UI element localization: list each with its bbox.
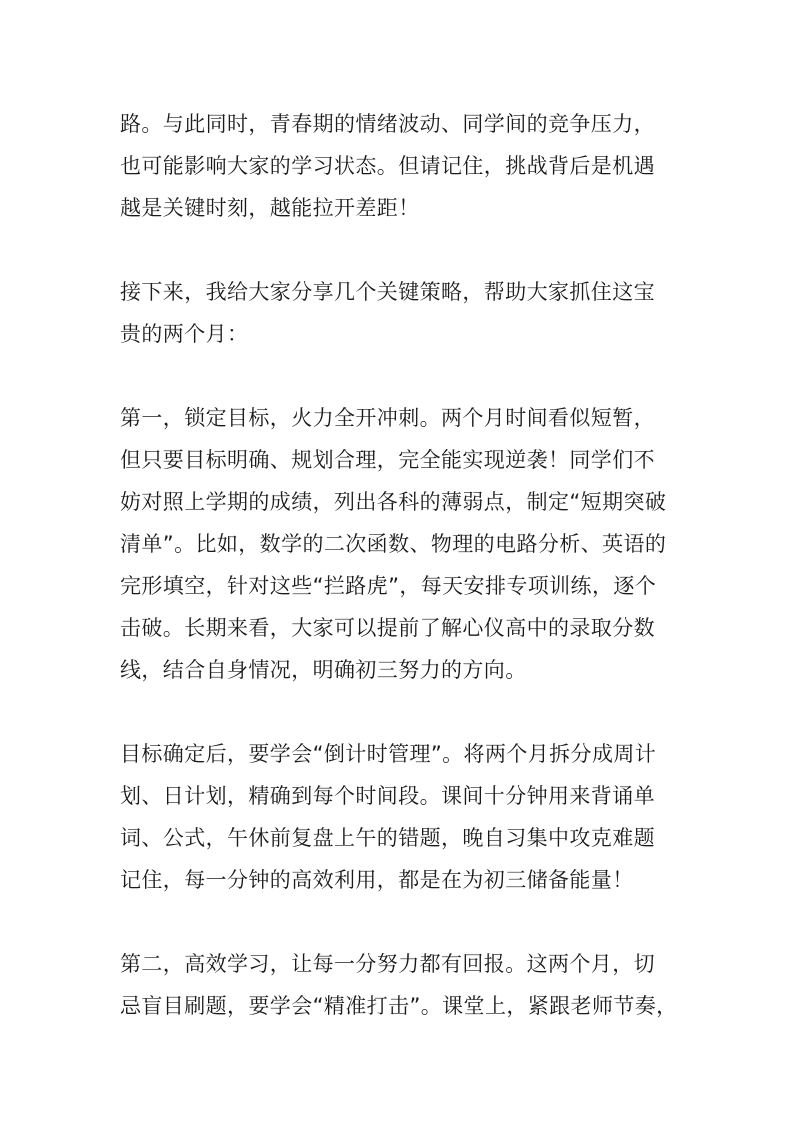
paragraph-strategy-two: 第二，高效学习，让每一分努力都有回报。这两个月，切 忌盲目刷题，要学会“精准打击… (120, 943, 680, 1027)
text-line: 第二，高效学习，让每一分努力都有回报。这两个月，切 (120, 943, 680, 985)
text-line: 越是关键时刻，越能拉开差距！ (120, 187, 680, 229)
text-line: 路。与此同时，青春期的情绪波动、同学间的竞争压力， (120, 103, 680, 145)
text-line: 词、公式，午休前复盘上午的错题，晚自习集中攻克难题 (120, 817, 680, 859)
text-line: 妨对照上学期的成绩，列出各科的薄弱点，制定“短期突破 (120, 481, 680, 523)
document-page: 路。与此同时，青春期的情绪波动、同学间的竞争压力， 也可能影响大家的学习状态。但… (120, 103, 680, 1069)
text-line: 也可能影响大家的学习状态。但请记住，挑战背后是机遇 (120, 145, 680, 187)
text-line: 击破。长期来看，大家可以提前了解心仪高中的录取分数 (120, 607, 680, 649)
text-line: 完形填空，针对这些“拦路虎”，每天安排专项训练，逐个 (120, 565, 680, 607)
text-line: 划、日计划，精确到每个时间段。课间十分钟用来背诵单 (120, 775, 680, 817)
paragraph-challenges: 路。与此同时，青春期的情绪波动、同学间的竞争压力， 也可能影响大家的学习状态。但… (120, 103, 680, 229)
text-line: 但只要目标明确、规划合理，完全能实现逆袭！同学们不 (120, 439, 680, 481)
paragraph-countdown-management: 目标确定后，要学会“倒计时管理”。将两个月拆分成周计 划、日计划，精确到每个时间… (120, 733, 680, 901)
paragraph-intro-strategies: 接下来，我给大家分享几个关键策略，帮助大家抓住这宝 贵的两个月： (120, 271, 680, 355)
text-line: 第一，锁定目标，火力全开冲刺。两个月时间看似短暂， (120, 397, 680, 439)
text-line: 目标确定后，要学会“倒计时管理”。将两个月拆分成周计 (120, 733, 680, 775)
paragraph-strategy-one: 第一，锁定目标，火力全开冲刺。两个月时间看似短暂， 但只要目标明确、规划合理，完… (120, 397, 680, 691)
text-line: 记住，每一分钟的高效利用，都是在为初三储备能量！ (120, 859, 680, 901)
text-line: 清单”。比如，数学的二次函数、物理的电路分析、英语的 (120, 523, 680, 565)
text-line: 线，结合自身情况，明确初三努力的方向。 (120, 649, 680, 691)
text-line: 接下来，我给大家分享几个关键策略，帮助大家抓住这宝 (120, 271, 680, 313)
text-line: 贵的两个月： (120, 313, 680, 355)
text-line: 忌盲目刷题，要学会“精准打击”。课堂上，紧跟老师节奏， (120, 985, 680, 1027)
